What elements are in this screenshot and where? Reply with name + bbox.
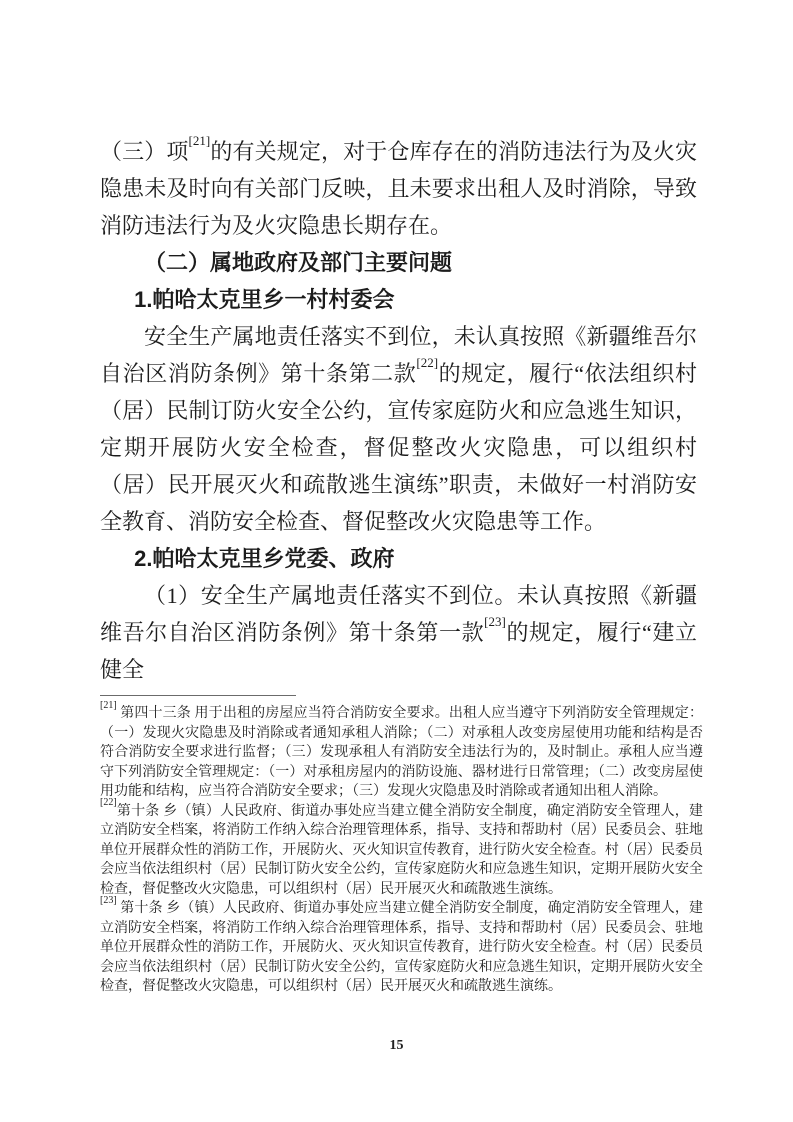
document-page: （三）项[21]的有关规定，对于仓库存在的消防违法行为及火灾隐患未及时向有关部门… [0,0,793,1122]
footnote-23: [23] 第十条 乡（镇）人民政府、街道办事处应当建立健全消防安全制度，确定消防… [100,899,703,997]
paragraph-continuation-text-after-ref: 的有关规定，对于仓库存在的消防违法行为及火灾隐患未及时向有关部门反映，且未要求出… [100,139,697,238]
subsection-2-paragraph: （1）安全生产属地责任落实不到位。未认真按照《新疆维吾尔自治区消防条例》第十条第… [100,577,697,688]
section-heading: （二）属地政府及部门主要问题 [100,244,697,281]
footnote-21-text: 第四十三条 用于出租的房屋应当符合消防安全要求。出租人应当遵守下列消防安全管理规… [100,706,703,799]
main-text-block: （三）项[21]的有关规定，对于仓库存在的消防违法行为及火灾隐患未及时向有关部门… [100,133,697,688]
footnote-22-marker: [22] [100,797,117,808]
footnote-22: [22]第十条 乡（镇）人民政府、街道办事处应当建立健全消防安全制度，确定消防安… [100,802,703,900]
paragraph-continuation: （三）项[21]的有关规定，对于仓库存在的消防违法行为及火灾隐患未及时向有关部门… [100,133,697,244]
footnote-21-marker: [21] [100,700,117,711]
subsection-1-text-after-ref: 的规定，履行“依法组织村（居）民制订防火安全公约，宣传家庭防火和应急逃生知识，定… [100,361,697,534]
footnote-ref-22: [22] [416,355,438,370]
paragraph-continuation-text-before-ref: （三）项 [100,139,189,164]
footnote-21: [21] 第四十三条 用于出租的房屋应当符合消防安全要求。出租人应当遵守下列消防… [100,704,703,802]
footnote-23-text: 第十条 乡（镇）人民政府、街道办事处应当建立健全消防安全制度，确定消防安全管理人… [100,901,703,994]
subsection-2-heading: 2.帕哈太克里乡党委、政府 [100,540,697,577]
page-number: 15 [0,1038,793,1054]
footnote-ref-23: [23] [484,614,506,629]
footnote-23-marker: [23] [100,895,117,906]
footnote-22-text: 第十条 乡（镇）人民政府、街道办事处应当建立健全消防安全制度，确定消防安全管理人… [100,804,703,897]
subsection-1-paragraph: 安全生产属地责任落实不到位，未认真按照《新疆维吾尔自治区消防条例》第十条第二款[… [100,318,697,540]
footnote-ref-21: [21] [189,133,211,148]
footnote-area: [21] 第四十三条 用于出租的房屋应当符合消防安全要求。出租人应当遵守下列消防… [100,695,703,997]
subsection-1-heading: 1.帕哈太克里乡一村村委会 [100,281,697,318]
footnote-separator-rule [100,695,296,696]
